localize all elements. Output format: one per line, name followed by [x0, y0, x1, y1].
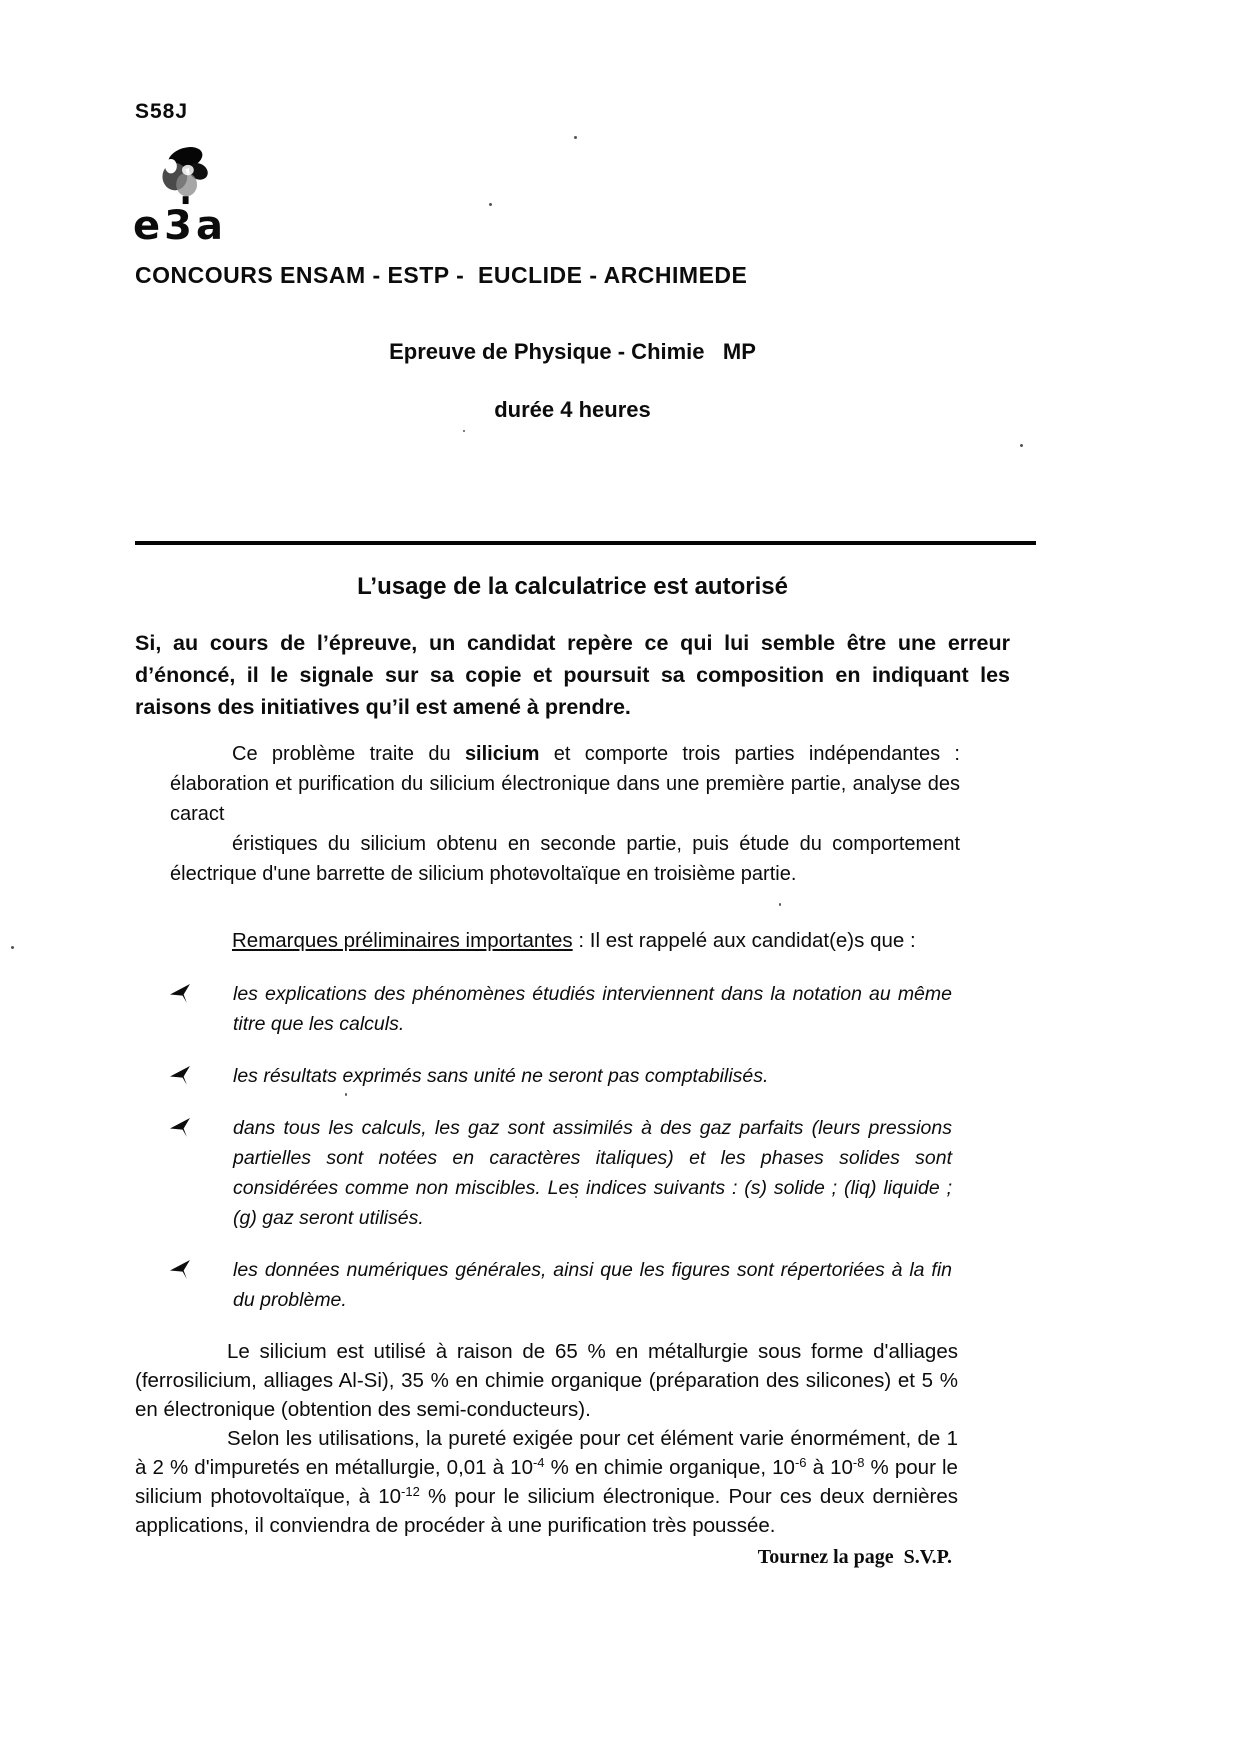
exponent: -4 [533, 1455, 545, 1470]
bullet-arrow-icon [170, 1113, 233, 1233]
divider-rule [135, 541, 1036, 545]
scan-speck [701, 1346, 704, 1348]
body-section: Le silicium est utilisé à raison de 65 %… [135, 1337, 958, 1540]
bullet-arrow-icon [170, 979, 233, 1039]
silicium-bold: silicium [465, 743, 539, 765]
scanned-exam-page: S58J e3a CONCOURS ENSAM - ESTP - EUCLIDE… [0, 0, 1240, 1752]
purity-paragraph: Selon les utilisations, la pureté exigée… [135, 1424, 958, 1540]
remarks-list: les explications des phénomènes étudiés … [170, 979, 952, 1315]
intro-paragraph-1: Ce problème traite du silicium et compor… [170, 739, 960, 829]
e3a-wordmark: e3a [133, 206, 1010, 246]
exam-duration: durée 4 heures [135, 397, 1010, 423]
exponent: -12 [401, 1484, 420, 1499]
intro-paragraph-2: éristiques du silicium obtenu en seconde… [170, 829, 960, 889]
remark-item-text: dans tous les calculs, les gaz sont assi… [233, 1113, 952, 1233]
bullet-arrow-icon [170, 1061, 233, 1091]
remark-item-text: les données numériques générales, ainsi … [233, 1255, 952, 1315]
remark-item-text: les résultats exprimés sans unité ne ser… [233, 1061, 952, 1091]
remark-item: les données numériques générales, ainsi … [170, 1255, 952, 1315]
scan-speck [779, 903, 781, 906]
remark-item: les explications des phénomènes étudiés … [170, 979, 952, 1039]
scan-speck [533, 873, 536, 876]
exponent: -6 [795, 1455, 807, 1470]
exponent: -8 [853, 1455, 865, 1470]
exam-subject: Epreuve de Physique - Chimie MP [135, 339, 1010, 365]
page-code: S58J [135, 100, 1010, 124]
bullet-arrow-icon [170, 1255, 233, 1315]
notice-paragraph: Si, au cours de l’épreuve, un candidat r… [135, 627, 1010, 723]
scan-speck [345, 1093, 347, 1096]
turn-page-footer: Tournez la page S.V.P. [135, 1546, 952, 1569]
e3a-logo [151, 144, 1010, 206]
scan-speck [489, 203, 492, 206]
notice-title: L’usage de la calculatrice est autorisé [135, 573, 1010, 601]
scan-speck [1020, 444, 1023, 447]
e3a-inkblot-icon [151, 144, 217, 206]
remarks-heading: Remarques préliminaires importantes : Il… [170, 929, 960, 953]
scan-speck [11, 946, 14, 949]
remark-item: dans tous les calculs, les gaz sont assi… [170, 1113, 952, 1233]
remarks-heading-underline: Remarques préliminaires importantes [232, 929, 573, 952]
remark-item-text: les explications des phénomènes étudiés … [233, 979, 952, 1039]
intro-section: Ce problème traite du silicium et compor… [170, 739, 960, 889]
usage-paragraph: Le silicium est utilisé à raison de 65 %… [135, 1337, 958, 1424]
concours-title: CONCOURS ENSAM - ESTP - EUCLIDE - ARCHIM… [135, 262, 1010, 289]
scan-speck [574, 136, 577, 139]
scan-speck [575, 1196, 577, 1198]
remark-item: les résultats exprimés sans unité ne ser… [170, 1061, 952, 1091]
scan-speck [463, 430, 465, 432]
